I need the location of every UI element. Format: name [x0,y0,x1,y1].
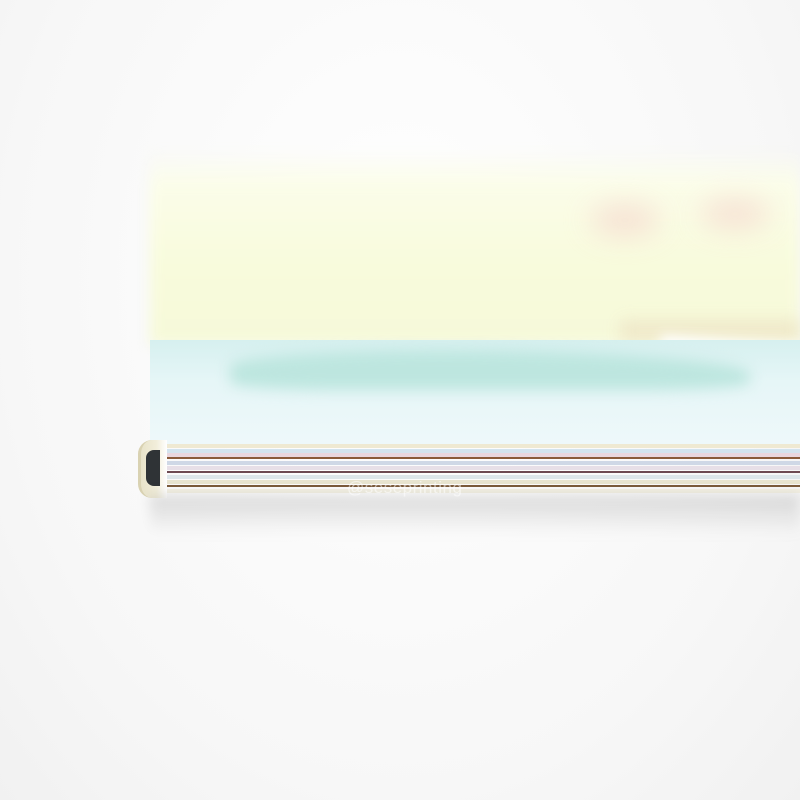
booklet-shadow [150,495,800,535]
booklet-cover-top [150,150,800,345]
booklet-spine [138,440,800,498]
page-edge [148,461,800,465]
page-edge [148,489,800,493]
page-edge [148,444,800,448]
page-edge [148,457,800,459]
page-edge [148,485,800,487]
page-edge [148,471,800,473]
staple [146,450,160,486]
page-edge [148,480,800,484]
watermark: @seseprinting [347,478,462,498]
cover-illustration-blob [590,205,660,235]
page-edge [148,475,800,479]
page-edge [148,466,800,470]
cover-illustration-blob [700,200,770,228]
